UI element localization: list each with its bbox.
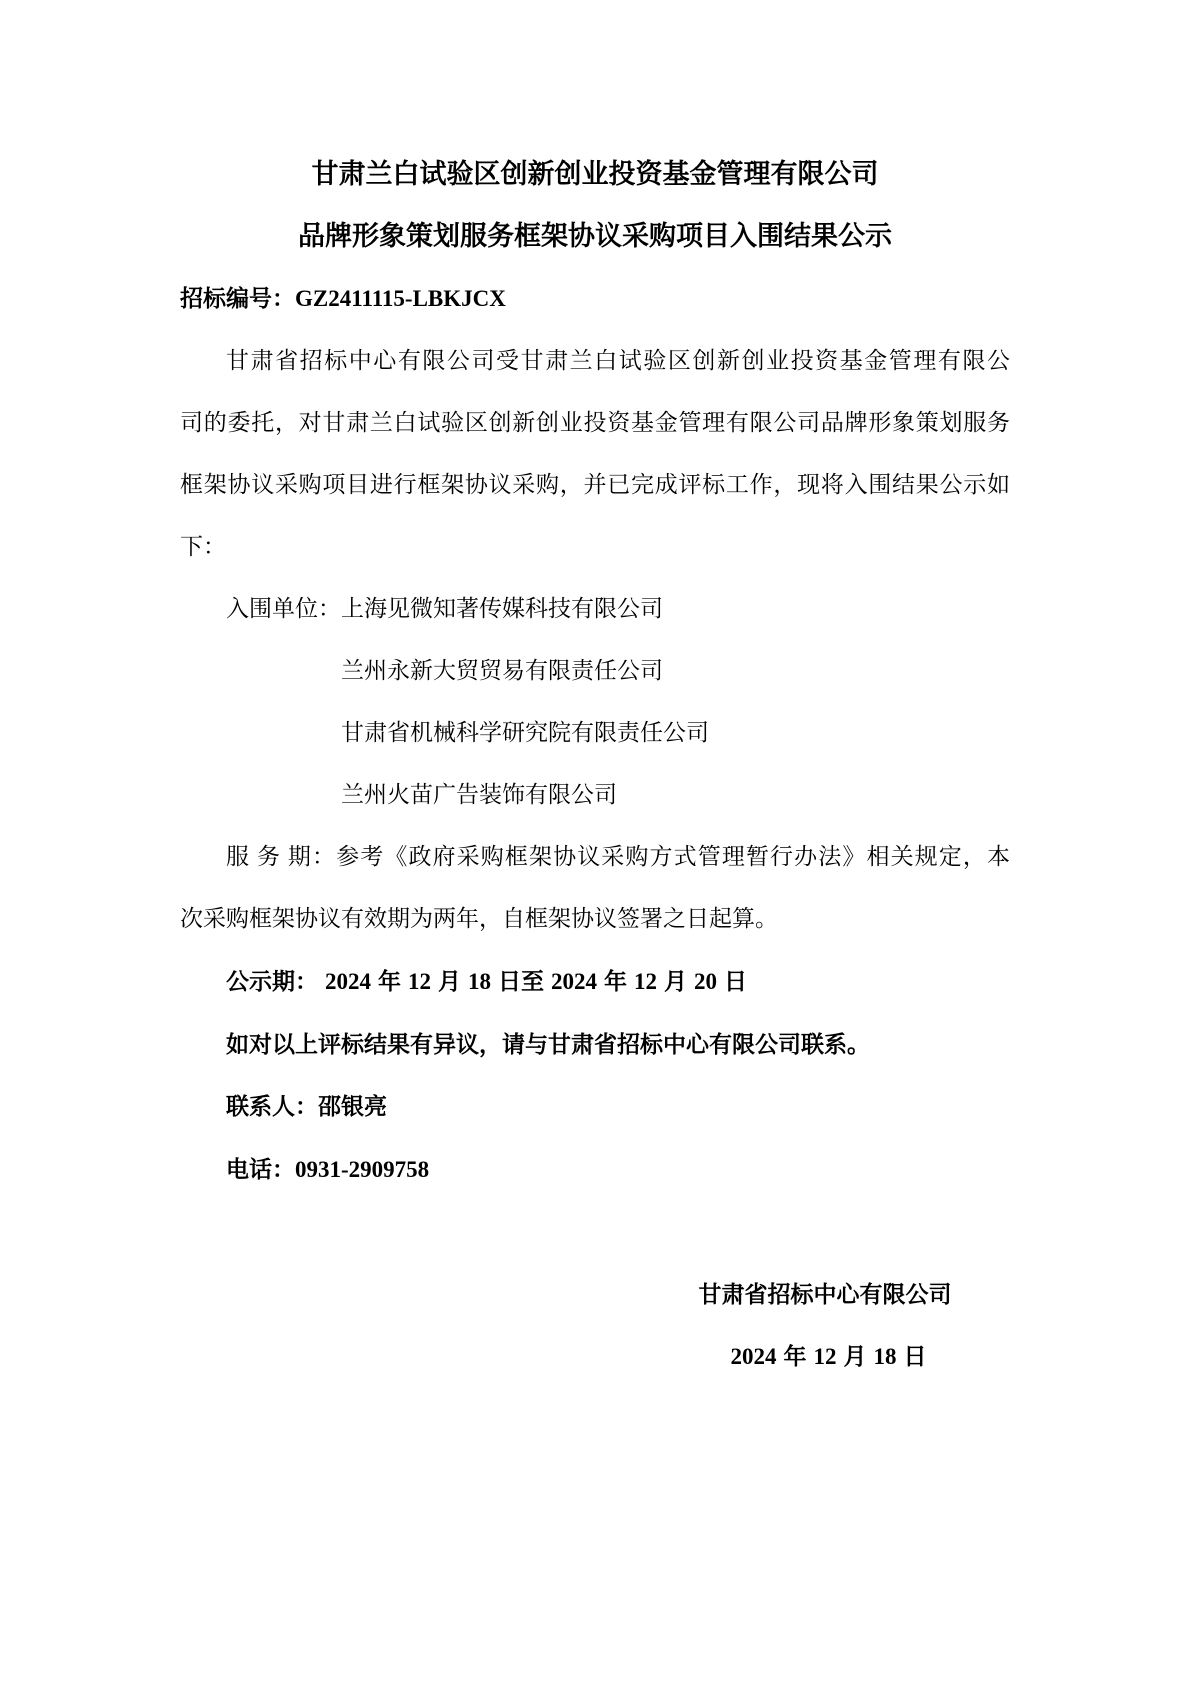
notice-period-line: 公示期：2024年12月18日至2024年12月20日 <box>180 950 1010 1013</box>
notice-start-day: 18 <box>468 969 491 994</box>
phone-label: 电话： <box>226 1156 295 1182</box>
day-unit: 日 <box>904 1343 927 1369</box>
contact-name: 邵银亮 <box>318 1093 387 1119</box>
contact-line: 联系人：邵银亮 <box>180 1075 1010 1138</box>
day-unit: 日 <box>724 968 747 994</box>
shortlist-first-line: 入围单位：上海见微知著传媒科技有限公司 <box>180 578 1010 640</box>
shortlist-item: 甘肃省机械科学研究院有限责任公司 <box>180 702 1010 764</box>
document-title-line-1: 甘肃兰白试验区创新创业投资基金管理有限公司 <box>180 143 1010 205</box>
document-content: 甘肃兰白试验区创新创业投资基金管理有限公司 品牌形象策划服务框架协议采购项目入围… <box>0 0 1191 1388</box>
tender-number-label: 招标编号： <box>180 285 295 311</box>
notice-end-day: 20 <box>694 969 717 994</box>
phone-number: 0931-2909758 <box>295 1157 429 1182</box>
signature-date-year: 2024 <box>731 1344 777 1369</box>
service-period-line-2: 次采购框架协议有效期为两年，自框架协议签署之日起算。 <box>180 888 1010 950</box>
year-unit: 年 <box>784 1343 807 1369</box>
signature-date-month: 12 <box>814 1344 837 1369</box>
shortlist-item: 兰州火苗广告装饰有限公司 <box>180 764 1010 826</box>
signature-date-day: 18 <box>874 1344 897 1369</box>
intro-paragraph-line-1: 甘肃省招标中心有限公司受甘肃兰白试验区创新创业投资基金管理有限公 <box>180 330 1010 392</box>
year-unit: 年 <box>378 968 401 994</box>
service-period-line-1: 服 务 期：参考《政府采购框架协议采购方式管理暂行办法》相关规定，本 <box>180 826 1010 888</box>
objection-line: 如对以上评标结果有异议，请与甘肃省招标中心有限公司联系。 <box>180 1013 1010 1075</box>
notice-end-month: 12 <box>634 969 657 994</box>
notice-to-text: 日至 <box>498 968 544 994</box>
contact-label: 联系人： <box>226 1093 318 1119</box>
shortlist-item: 兰州永新大贸贸易有限责任公司 <box>180 640 1010 702</box>
month-unit: 月 <box>438 968 461 994</box>
notice-start-month: 12 <box>408 969 431 994</box>
notice-end-year: 2024 <box>551 969 597 994</box>
phone-line: 电话：0931-2909758 <box>180 1138 1010 1201</box>
shortlist-label: 入围单位： <box>226 596 341 621</box>
intro-paragraph-line-2: 司的委托，对甘肃兰白试验区创新创业投资基金管理有限公司品牌形象策划服务 <box>180 392 1010 454</box>
year-unit: 年 <box>604 968 627 994</box>
notice-period-label: 公示期： <box>226 968 318 994</box>
document-page: 甘肃兰白试验区创新创业投资基金管理有限公司 品牌形象策划服务框架协议采购项目入围… <box>0 0 1191 1684</box>
tender-number-line: 招标编号：GZ2411115-LBKJCX <box>180 267 1010 330</box>
signature-date: 2024年12月18日 <box>660 1325 990 1388</box>
shortlist-item: 上海见微知著传媒科技有限公司 <box>341 596 663 621</box>
signature-block: 甘肃省招标中心有限公司 2024年12月18日 <box>660 1263 990 1388</box>
notice-start-year: 2024 <box>325 969 371 994</box>
tender-number-value: GZ2411115-LBKJCX <box>295 286 506 311</box>
intro-paragraph-line-3: 框架协议采购项目进行框架协议采购，并已完成评标工作，现将入围结果公示如 <box>180 454 1010 516</box>
document-title-line-2: 品牌形象策划服务框架协议采购项目入围结果公示 <box>180 205 1010 267</box>
signature-company: 甘肃省招标中心有限公司 <box>660 1263 990 1325</box>
intro-paragraph-line-4: 下： <box>180 516 1010 578</box>
month-unit: 月 <box>664 968 687 994</box>
month-unit: 月 <box>844 1343 867 1369</box>
